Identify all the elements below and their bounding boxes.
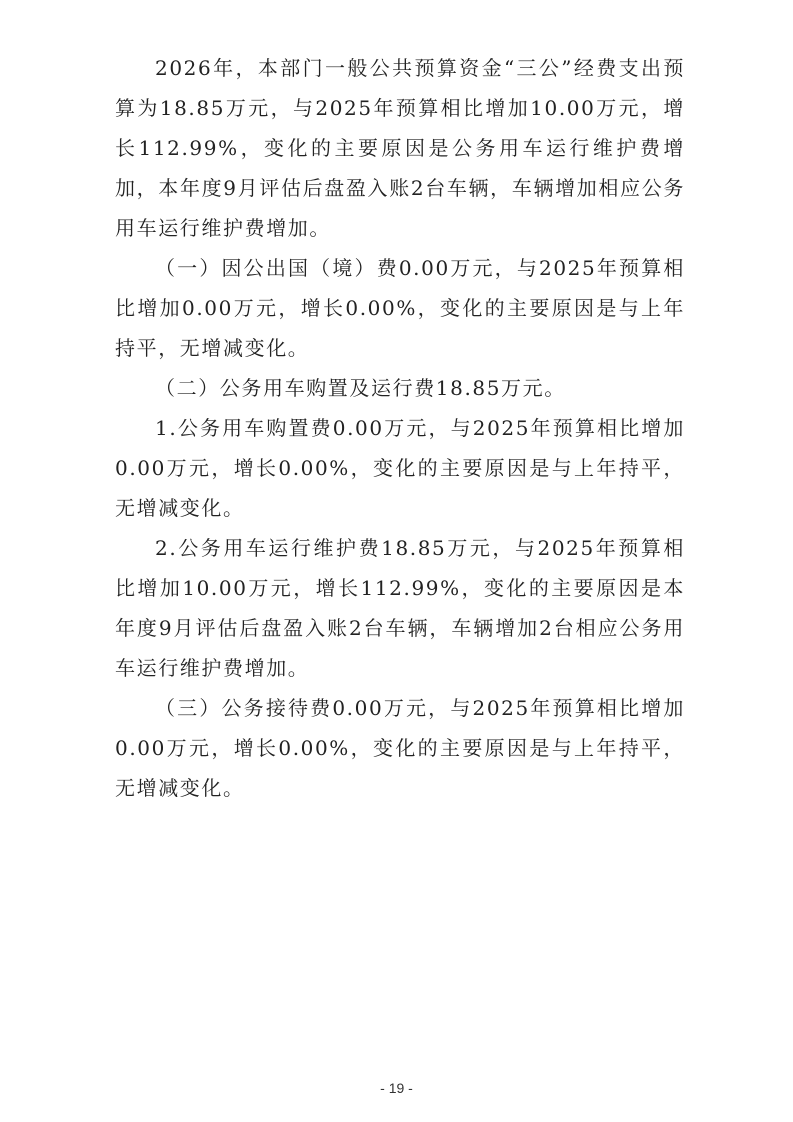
paragraph-summary: 2026年，本部门一般公共预算资金“三公”经费支出预算为18.85万元，与202… <box>115 48 685 248</box>
page-number: - 19 - <box>0 1080 793 1096</box>
document-page: 2026年，本部门一般公共预算资金“三公”经费支出预算为18.85万元，与202… <box>115 48 685 808</box>
paragraph-overseas-travel: （一）因公出国（境）费0.00万元，与2025年预算相比增加0.00万元，增长0… <box>115 248 685 368</box>
paragraph-reception: （三）公务接待费0.00万元，与2025年预算相比增加0.00万元，增长0.00… <box>115 688 685 808</box>
paragraph-vehicle-maintenance: 2.公务用车运行维护费18.85万元，与2025年预算相比增加10.00万元，增… <box>115 528 685 688</box>
paragraph-vehicle-purchase: 1.公务用车购置费0.00万元，与2025年预算相比增加0.00万元，增长0.0… <box>115 408 685 528</box>
paragraph-vehicle-total: （二）公务用车购置及运行费18.85万元。 <box>115 368 685 408</box>
